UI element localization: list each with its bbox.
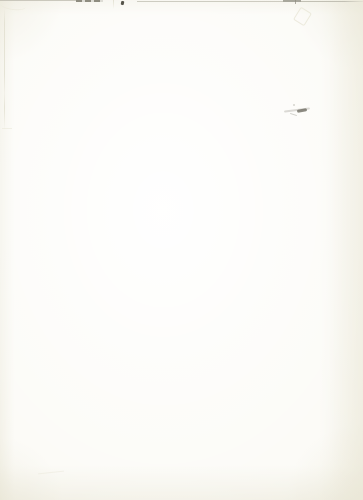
scan-edge-line-segment	[283, 0, 301, 2]
faint-paper-crease	[38, 471, 64, 475]
right-edge-shading	[329, 0, 363, 500]
pencil-smudge-tail	[290, 113, 297, 116]
blank-scanned-page	[0, 0, 363, 500]
left-edge-hairline	[4, 8, 5, 130]
scan-edge-line-segment	[137, 1, 283, 2]
pencil-smudge-core	[297, 108, 307, 113]
pencil-smudge-dot	[293, 104, 295, 106]
scan-edge-line-tick	[295, 0, 296, 4]
dust-speck	[121, 1, 125, 6]
crease-mark	[293, 7, 312, 27]
scan-edge-line-segment	[301, 1, 363, 2]
top-gap-hairline	[113, 0, 114, 9]
scan-edge-line-segment	[76, 0, 103, 2]
